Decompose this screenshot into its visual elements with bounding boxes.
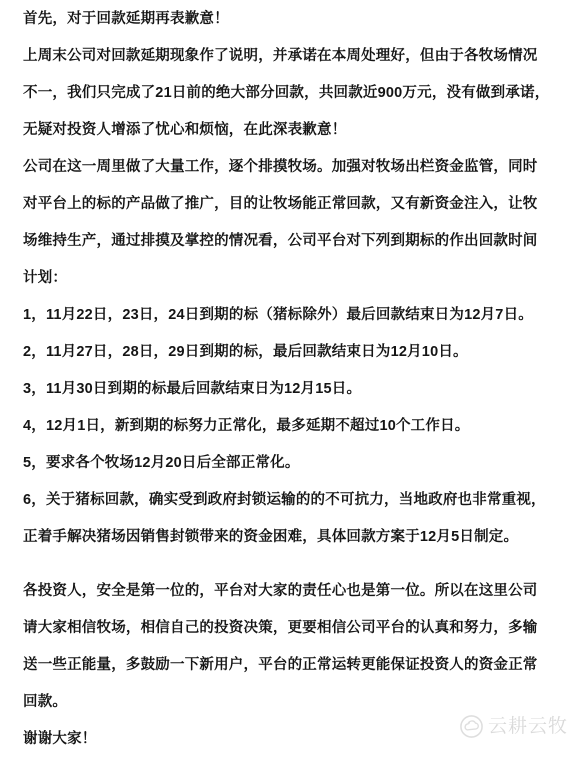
text-line: 正着手解决猪场因销售封锁带来的资金困难，具体回款方案于12月5日制定。 [23, 519, 558, 556]
text-line: 请大家相信牧场，相信自己的投资决策，更要相信公司平台的认真和努力，多输 [23, 610, 558, 647]
text-line: 4，12月1日，新到期的标努力正常化，最多延期不超过10个工作日。 [23, 408, 558, 445]
text-line: 场维持生产，通过排摸及掌控的情况看，公司平台对下列到期标的作出回款时间 [23, 223, 558, 260]
text-line: 6，关于猪标回款，确实受到政府封锁运输的的不可抗力，当地政府也非常重视， [23, 482, 558, 519]
brand-watermark-label: 云耕云牧 [488, 708, 568, 745]
text-line: 3，11月30日到期的标最后回款结束日为12月15日。 [23, 371, 558, 408]
text-line: 不一，我们只完成了21日前的绝大部分回款，共回款近900万元，没有做到承诺， [23, 75, 558, 112]
text-line: 1，11月22日，23日，24日到期的标（猪标除外）最后回款结束日为12月7日。 [23, 297, 558, 334]
text-line: 对平台上的标的产品做了推广，目的让牧场能正常回款，又有新资金注入，让牧 [23, 186, 558, 223]
text-line: 公司在这一周里做了大量工作，逐个排摸牧场。加强对牧场出栏资金监管，同时 [23, 149, 558, 186]
brand-watermark: 云耕云牧 [459, 708, 568, 745]
paragraph-last-week-explanation: 上周末公司对回款延期现象作了说明，并承诺在本周处理好，但由于各牧场情况不一，我们… [23, 38, 558, 149]
cloud-brand-icon [459, 714, 484, 739]
text-line: 各投资人，安全是第一位的，平台对大家的责任心也是第一位。所以在这里公司 [23, 573, 558, 610]
text-line: 无疑对投资人增添了忧心和烦恼，在此深表歉意！ [23, 112, 558, 149]
text-line: 5，要求各个牧场12月20日后全部正常化。 [23, 445, 558, 482]
text-line: 2，11月27日，28日，29日到期的标，最后回款结束日为12月10日。 [23, 334, 558, 371]
announcement-document: 首先，对于回款延期再表歉意！上周末公司对回款延期现象作了说明，并承诺在本周处理好… [0, 0, 576, 757]
text-line: 送一些正能量，多鼓励一下新用户，平台的正常运转更能保证投资人的资金正常 [23, 647, 558, 684]
paragraph-repayment-plan-items: 1，11月22日，23日，24日到期的标（猪标除外）最后回款结束日为12月7日。… [23, 297, 558, 556]
text-line: 计划： [23, 260, 558, 297]
paragraph-work-done-this-week: 公司在这一周里做了大量工作，逐个排摸牧场。加强对牧场出栏资金监管，同时对平台上的… [23, 149, 558, 297]
text-line: 首先，对于回款延期再表歉意！ [23, 1, 558, 38]
paragraph-investor-appeal: 各投资人，安全是第一位的，平台对大家的责任心也是第一位。所以在这里公司请大家相信… [23, 573, 558, 721]
document-body: 首先，对于回款延期再表歉意！上周末公司对回款延期现象作了说明，并承诺在本周处理好… [23, 1, 558, 757]
paragraph-apology-intro: 首先，对于回款延期再表歉意！ [23, 1, 558, 38]
text-line: 上周末公司对回款延期现象作了说明，并承诺在本周处理好，但由于各牧场情况 [23, 38, 558, 75]
